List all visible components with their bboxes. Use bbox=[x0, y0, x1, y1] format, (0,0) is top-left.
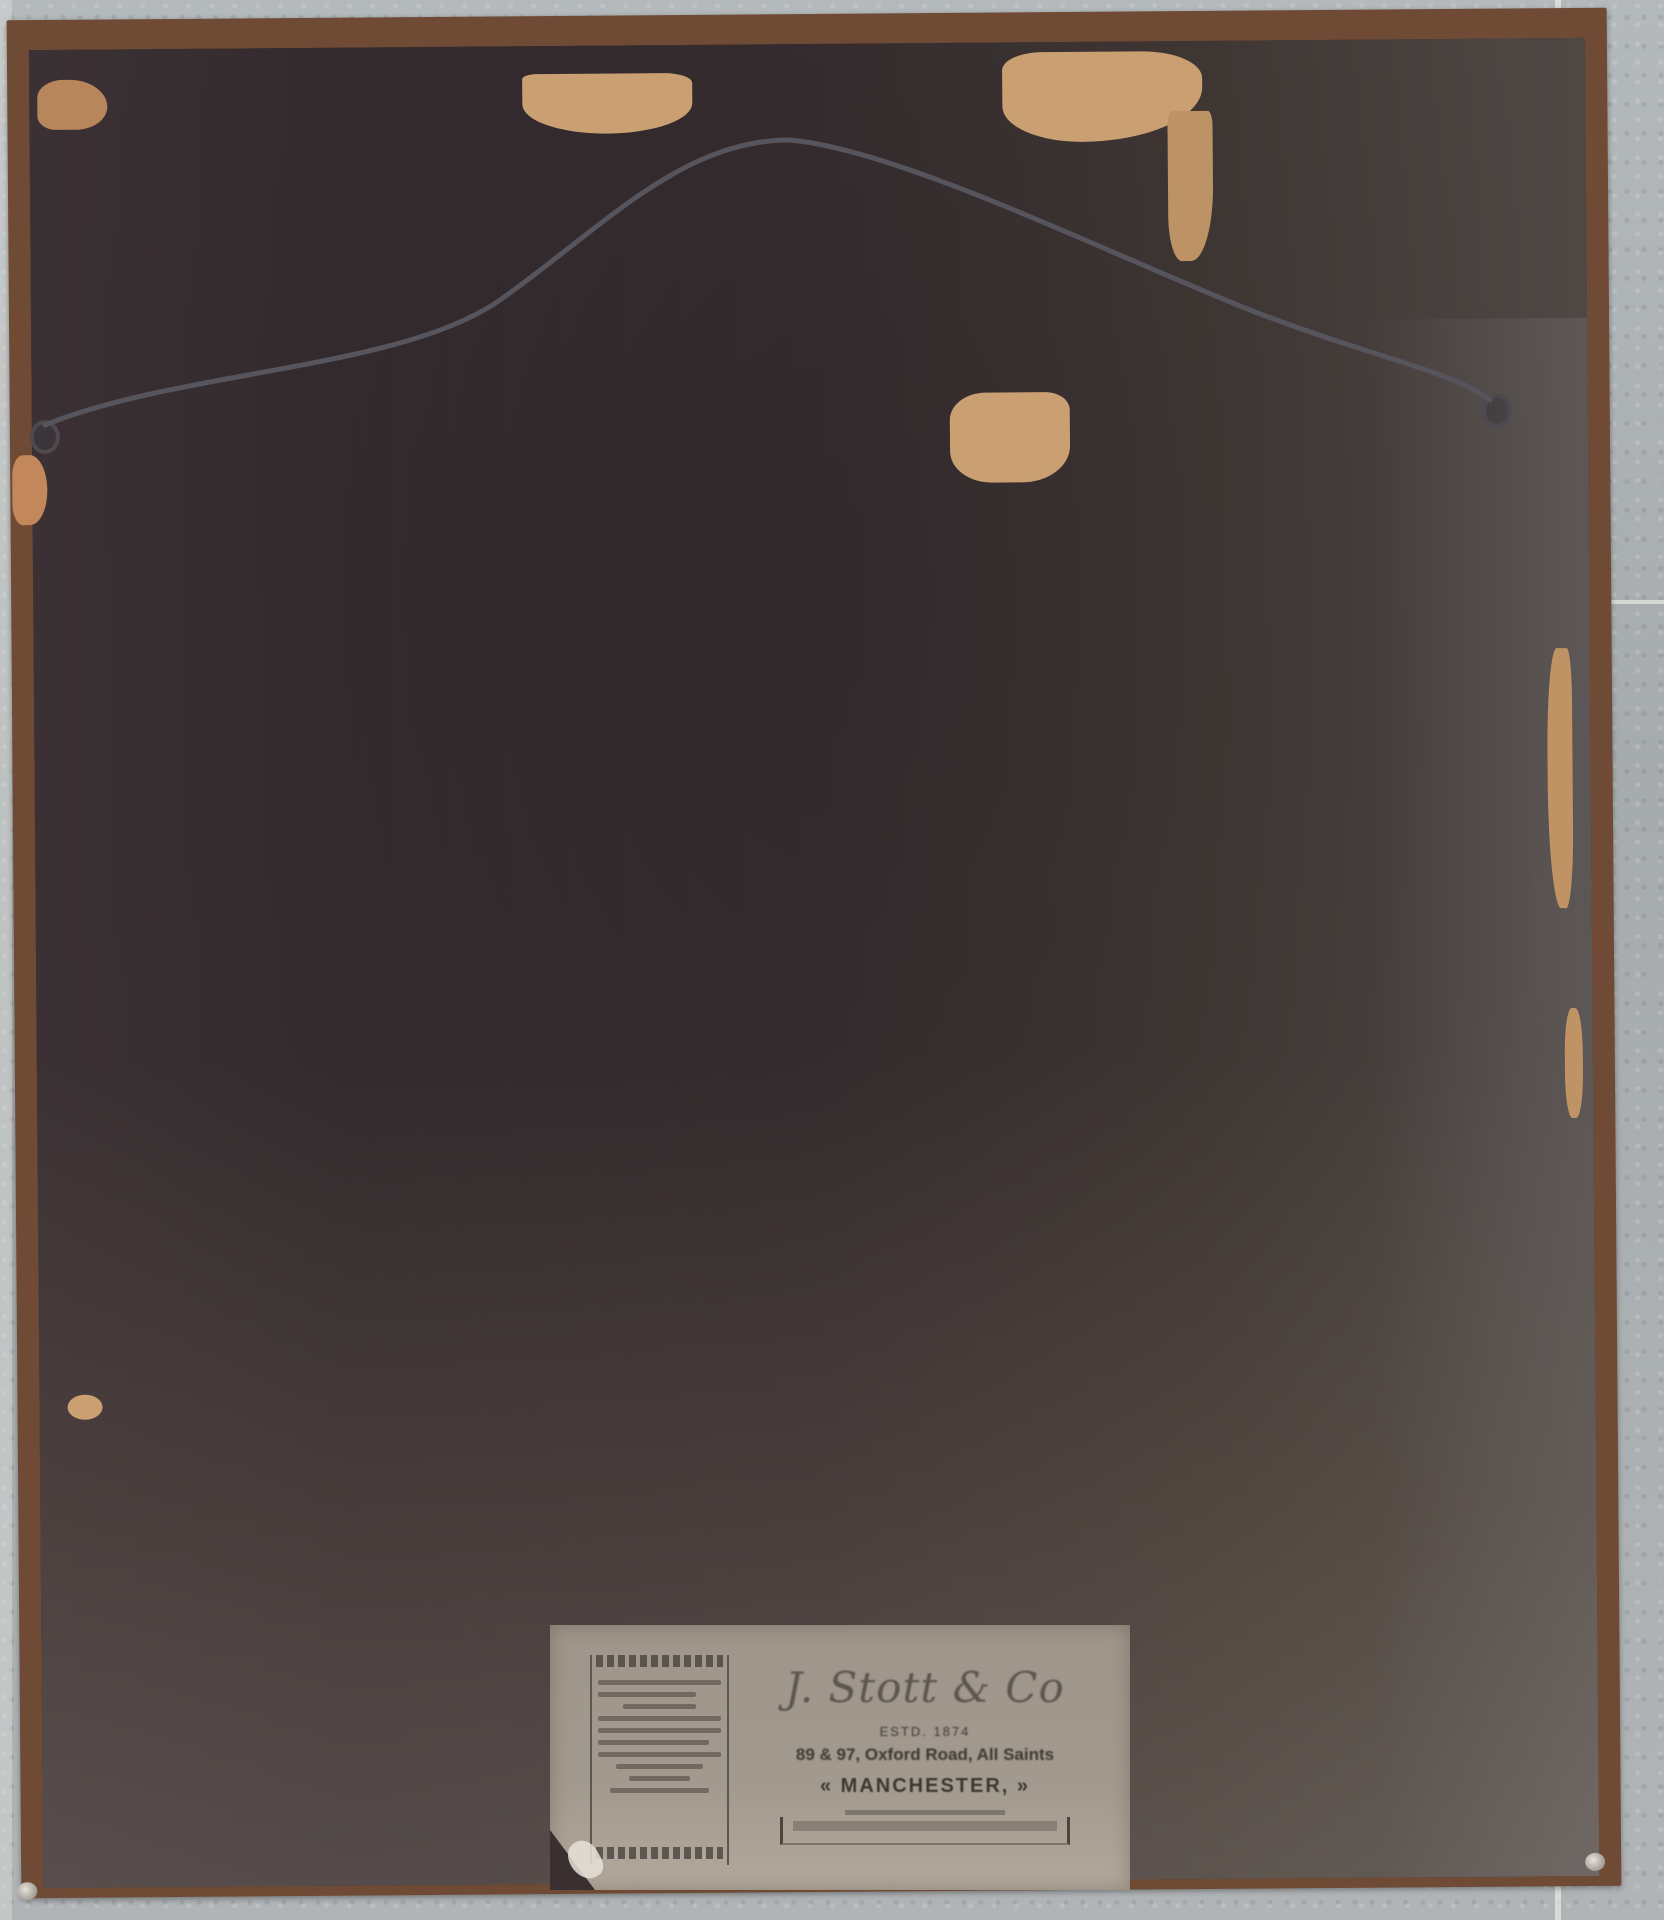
screw-bottom-left bbox=[17, 1882, 37, 1900]
firm-address: 89 & 97, Oxford Road, All Saints bbox=[740, 1745, 1110, 1765]
established-line: ESTD. 1874 bbox=[740, 1724, 1110, 1739]
left-hanger-ring bbox=[30, 420, 60, 454]
framer-label: J. Stott & Co ESTD. 1874 89 & 97, Oxford… bbox=[550, 1625, 1130, 1890]
torn-patch-left-edge bbox=[12, 455, 48, 525]
torn-patch-lower-left bbox=[67, 1395, 102, 1420]
firm-city: « MANCHESTER, » bbox=[740, 1775, 1110, 1798]
picture-frame-back bbox=[7, 8, 1622, 1899]
torn-patch-right-edge-lower bbox=[1564, 1008, 1583, 1118]
right-hanger-ring bbox=[1482, 394, 1512, 428]
paper-sheen bbox=[1367, 318, 1599, 1878]
label-firm-panel: J. Stott & Co ESTD. 1874 89 & 97, Oxford… bbox=[740, 1645, 1110, 1865]
illegible-tagline bbox=[845, 1810, 1005, 1815]
screw-bottom-right bbox=[1585, 1853, 1605, 1871]
firm-name: J. Stott & Co bbox=[740, 1663, 1110, 1712]
label-price-panel bbox=[590, 1655, 729, 1865]
torn-patch-center-right bbox=[950, 392, 1071, 483]
label-number-box bbox=[780, 1817, 1070, 1845]
illegible-text-block bbox=[592, 1667, 727, 1806]
decorative-border bbox=[596, 1847, 723, 1859]
torn-patch-right-strip bbox=[1167, 111, 1213, 261]
backing-paper bbox=[29, 38, 1599, 1888]
decorative-border bbox=[596, 1655, 723, 1667]
